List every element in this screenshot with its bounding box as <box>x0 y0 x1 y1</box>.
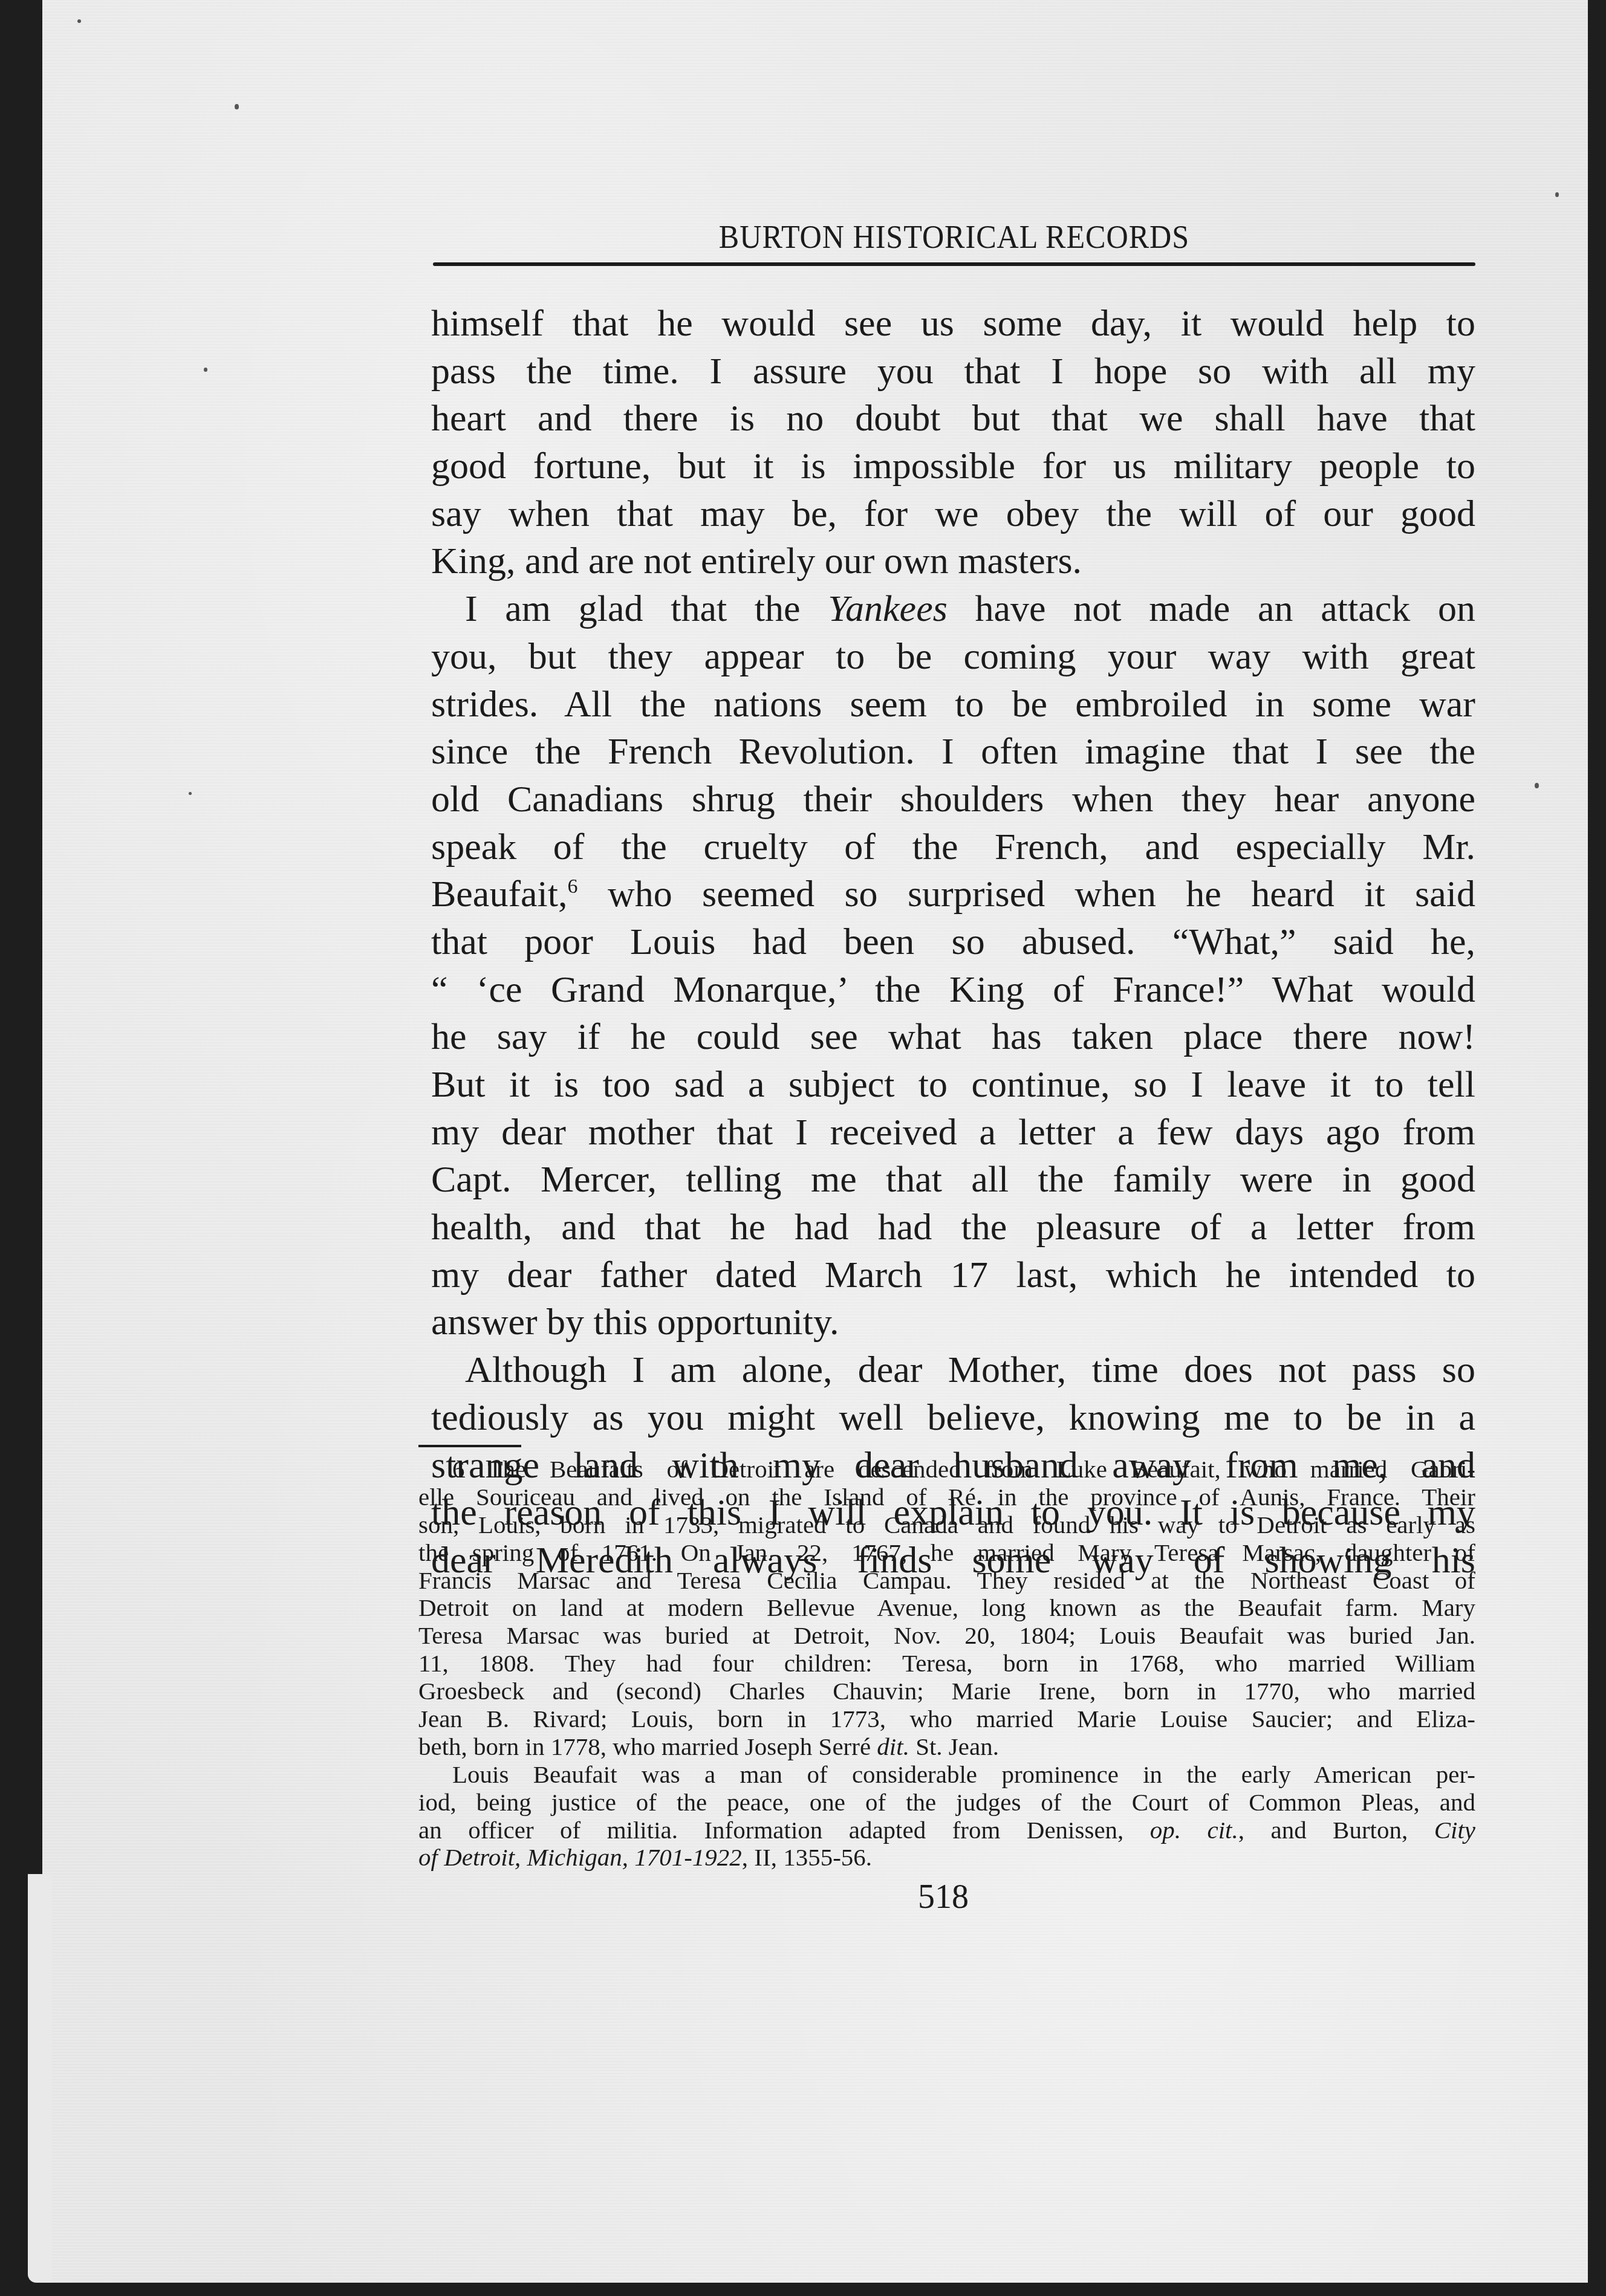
dust-speck <box>77 19 81 23</box>
body-line: health, and that he had had the pleasure… <box>431 1204 1475 1251</box>
body-line: strides. All the nations seem to be embr… <box>431 681 1475 728</box>
running-head: BURTON HISTORICAL RECORDS <box>469 219 1439 255</box>
footnote-line: iod, being justice of the peace, one of … <box>418 1789 1475 1817</box>
body-line: answer by this opportunity. <box>431 1299 1475 1346</box>
page-number: 518 <box>883 1879 1004 1915</box>
body-line: Beaufait,6 who seemed so surprised when … <box>431 871 1475 918</box>
italic-yankees: Yankees <box>828 588 947 629</box>
footnote-rule <box>418 1445 521 1447</box>
body-line: pass the time. I assure you that I hope … <box>431 348 1475 395</box>
dust-speck <box>204 368 207 372</box>
body-line: my dear father dated March 17 last, whic… <box>431 1251 1475 1299</box>
footnotes: 6 The Beaufaits of Detroit are descended… <box>418 1456 1475 1872</box>
body-line: heart and there is no doubt but that we … <box>431 395 1475 443</box>
body-line: “ ‘ce Grand Monarque,’ the King of Franc… <box>431 966 1475 1014</box>
footnote-line: son, Louis, born in 1733, migrated to Ca… <box>418 1511 1475 1539</box>
footnote-reference[interactable]: 6 <box>568 875 578 898</box>
body-line: speak of the cruelty of the French, and … <box>431 823 1475 871</box>
footnote-line: Teresa Marsac was buried at Detroit, Nov… <box>418 1622 1475 1650</box>
footnote-line: 11, 1808. They had four children: Teresa… <box>418 1650 1475 1678</box>
dust-speck <box>235 104 239 109</box>
body-line: But it is too sad a subject to continue,… <box>431 1061 1475 1109</box>
body-line: you, but they appear to be coming your w… <box>431 633 1475 681</box>
footnote-line: 6 The Beaufaits of Detroit are descended… <box>418 1456 1475 1484</box>
body-line: himself that he would see us some day, i… <box>431 300 1475 348</box>
footnote-line: elle Souriceau and lived on the Island o… <box>418 1484 1475 1511</box>
body-line: Capt. Mercer, telling me that all the fa… <box>431 1156 1475 1204</box>
footnote-line: of Detroit, Michigan, 1701-1922, II, 135… <box>418 1844 1475 1872</box>
page-edge <box>28 1874 52 2283</box>
body-line: old Canadians shrug their shoulders when… <box>431 776 1475 823</box>
footnote-line: Detroit on land at modern Bellevue Avenu… <box>418 1594 1475 1622</box>
footnote-line: the spring of 1761. On Jan. 22, 1767, he… <box>418 1539 1475 1567</box>
body-line: that poor Louis had been so abused. “Wha… <box>431 918 1475 966</box>
footnote-line: an officer of militia. Information adapt… <box>418 1817 1475 1844</box>
body-line: my dear mother that I received a letter … <box>431 1109 1475 1156</box>
body-line: I am glad that the Yankees have not made… <box>431 585 1475 633</box>
body-line: good fortune, but it is impossible for u… <box>431 443 1475 490</box>
footnote-line: Jean B. Rivard; Louis, born in 1773, who… <box>418 1705 1475 1733</box>
body-line: he say if he could see what has taken pl… <box>431 1013 1475 1061</box>
dust-speck <box>1535 783 1539 788</box>
body-text: himself that he would see us some day, i… <box>431 300 1475 1584</box>
header-rule <box>433 262 1475 266</box>
body-line: tediously as you might well believe, kno… <box>431 1394 1475 1442</box>
body-line: Although I am alone, dear Mother, time d… <box>431 1346 1475 1394</box>
dust-speck <box>1555 192 1559 197</box>
dust-speck <box>189 792 192 795</box>
footnote-line: beth, born in 1778, who married Joseph S… <box>418 1733 1475 1761</box>
body-line: since the French Revolution. I often ima… <box>431 728 1475 776</box>
footnote-line: Louis Beaufait was a man of considerable… <box>418 1761 1475 1789</box>
footnote-line: Francis Marsac and Teresa Cecilia Campau… <box>418 1567 1475 1595</box>
body-line: say when that may be, for we obey the wi… <box>431 490 1475 538</box>
body-line: King, and are not entirely our own maste… <box>431 537 1475 585</box>
footnote-line: Groesbeck and (second) Charles Chauvin; … <box>418 1678 1475 1705</box>
